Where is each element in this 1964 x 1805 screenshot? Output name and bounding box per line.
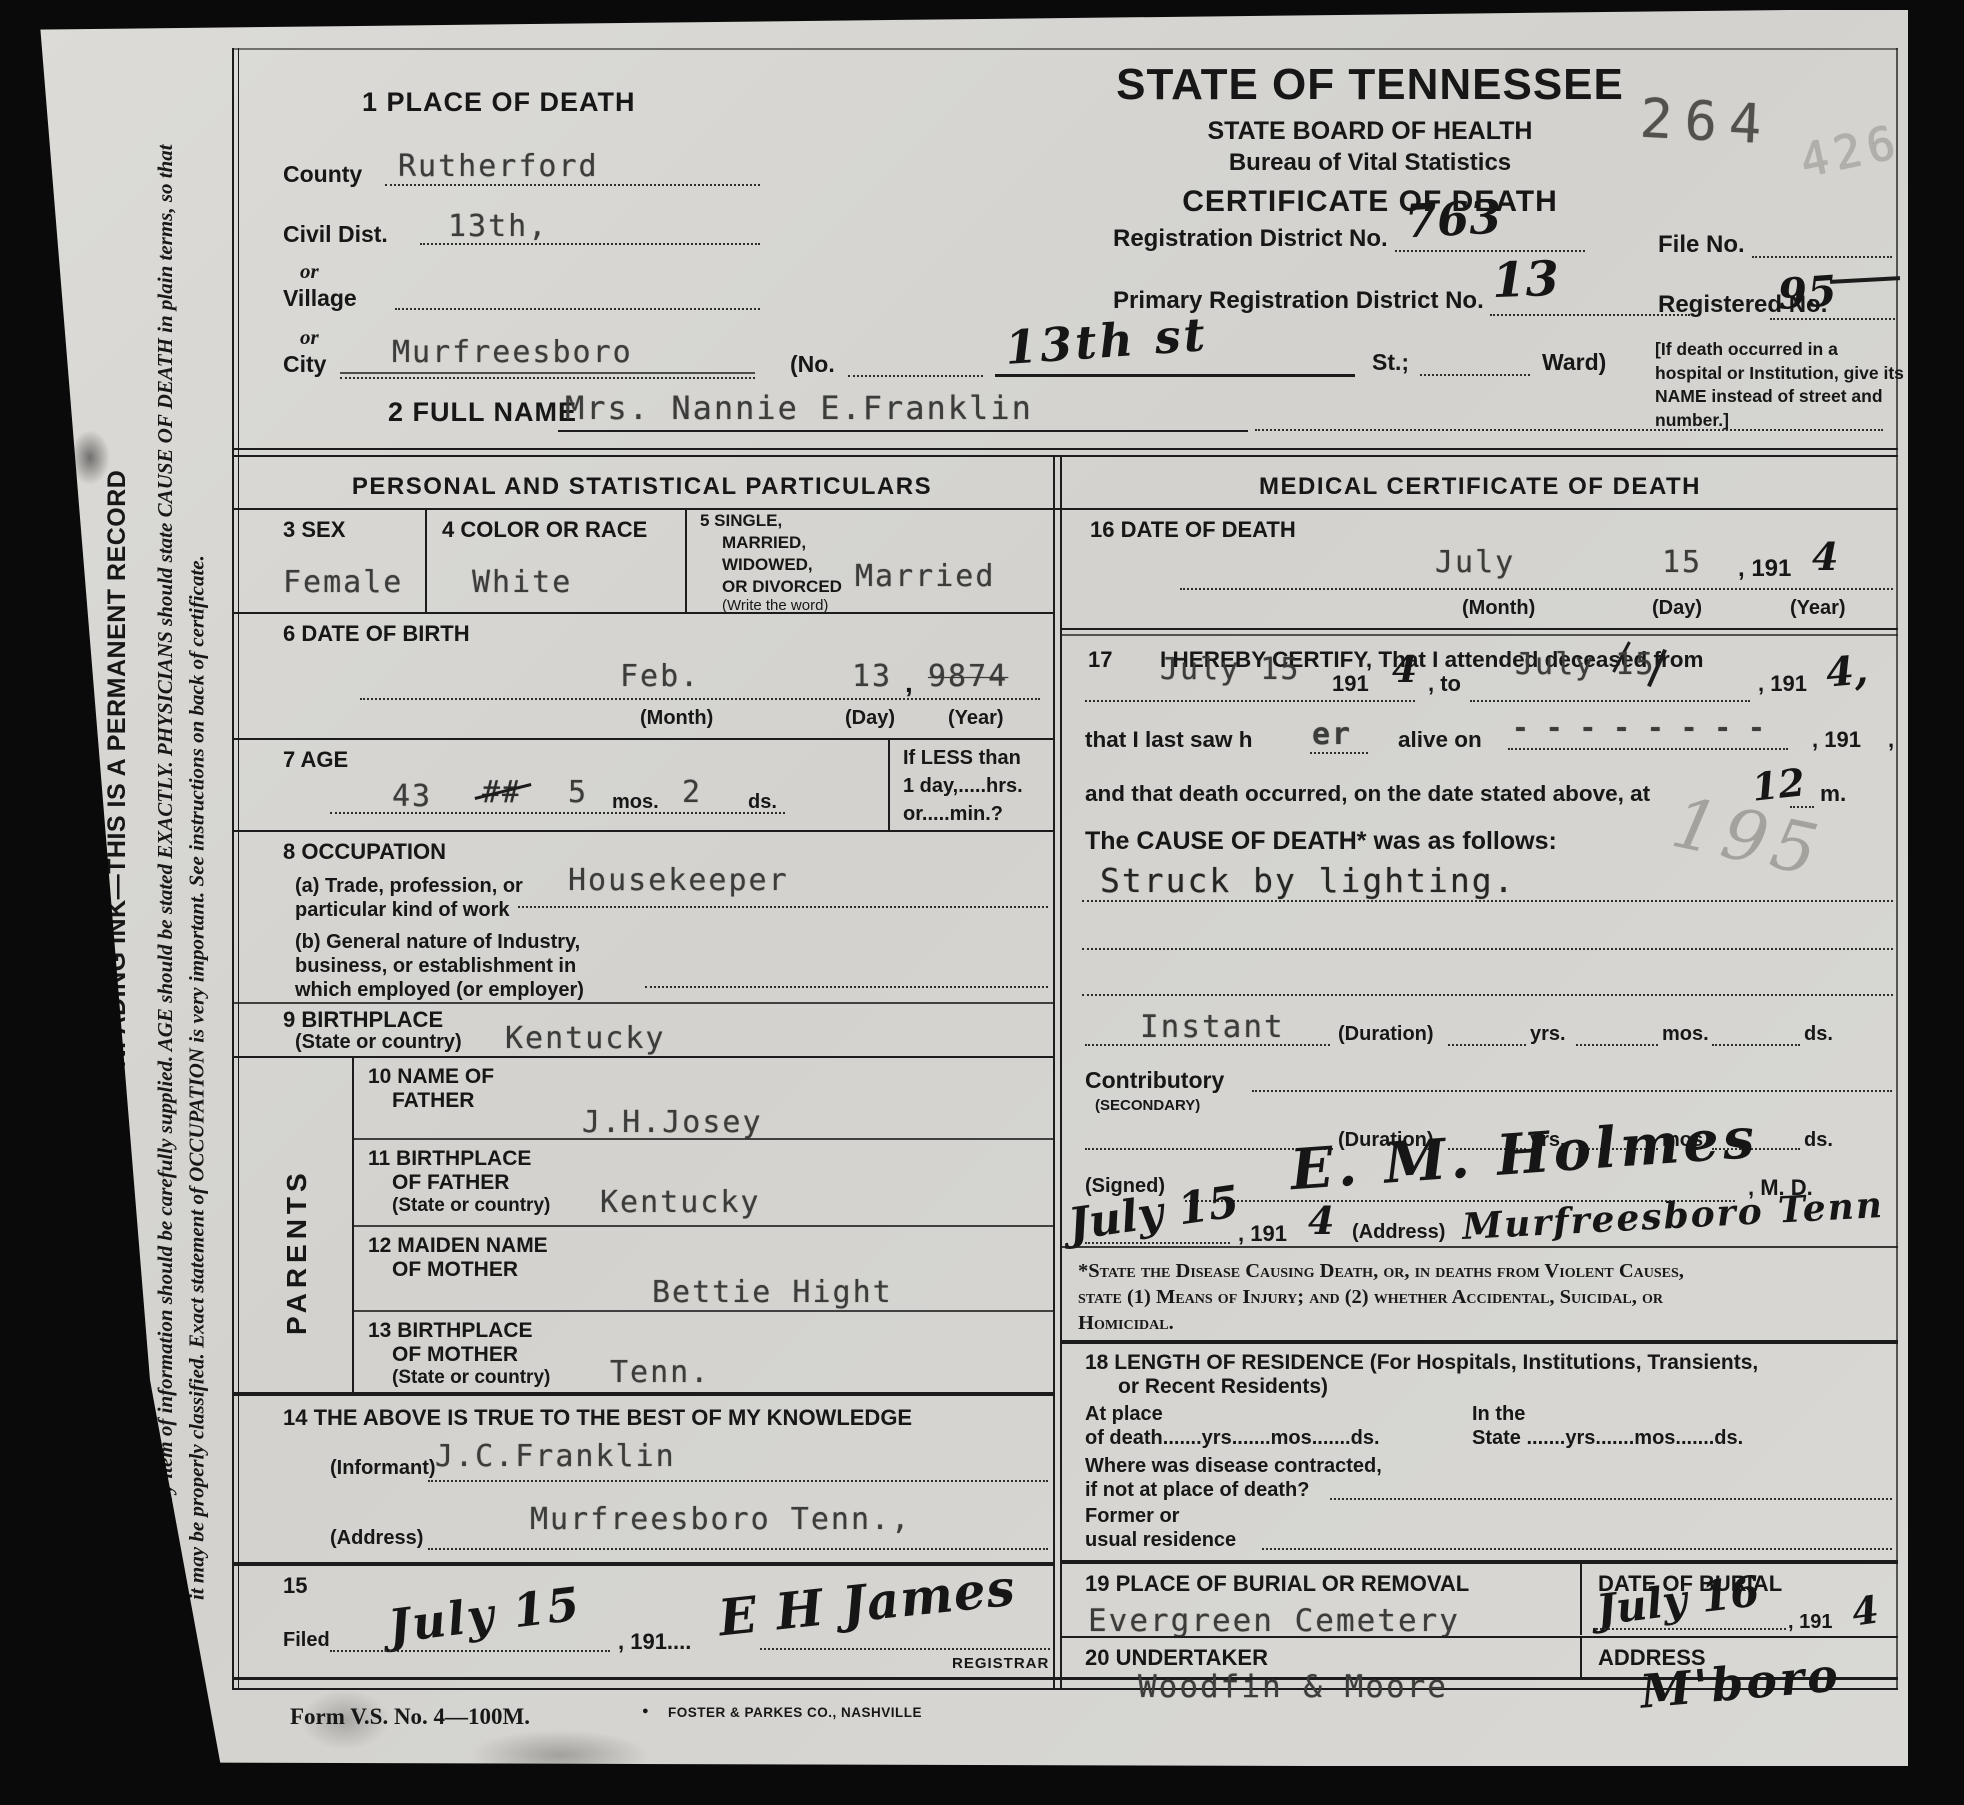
if-less-line-1: If LESS than (903, 748, 1021, 769)
file-no-label: File No. (1658, 232, 1745, 257)
county-line (385, 184, 760, 186)
dod-month-hint: (Month) (1462, 598, 1535, 619)
sex-race-divider (425, 508, 427, 612)
age-line (330, 812, 785, 814)
cause-line-3 (1082, 994, 1893, 996)
dod-line (1180, 588, 1893, 590)
or-label-2: or (300, 324, 319, 351)
duration-line-1 (1085, 1044, 1330, 1046)
occupation-a-value: Housekeeper (568, 866, 789, 896)
contributory-label: Contributory (1085, 1068, 1224, 1092)
printer-credit: FOSTER & PARKES CO., NASHVILLE (668, 1706, 922, 1720)
signed-address-hand: Murfreesboro Tenn (1461, 1187, 1884, 1245)
undertaker-label: 20 UNDERTAKER (1085, 1646, 1268, 1669)
contributory-line (1252, 1090, 1892, 1092)
contracted-label-1: Where was disease contracted, (1085, 1456, 1382, 1477)
burial-row-line (1061, 1636, 1898, 1638)
city-value: Murfreesboro (392, 338, 633, 368)
marital-label-3: WIDOWED, (722, 556, 813, 574)
contracted-label-2: if not at place of death? (1085, 1480, 1309, 1501)
medical-section-title: MEDICAL CERTIFICATE OF DEATH (1080, 474, 1880, 499)
duration-mos: mos. (1662, 1024, 1709, 1045)
ink-smudge-bottom (470, 1730, 650, 1766)
in-state-label-2: State .......yrs.......mos.......ds. (1472, 1428, 1743, 1449)
dod-year-hint: (Year) (1790, 598, 1846, 619)
age-ds-hint: ds. (748, 792, 777, 813)
certificate-title: CERTIFICATE OF DEATH (1080, 186, 1660, 218)
attended-to-year-hand: 4, (1824, 650, 1869, 693)
occupation-a-label-1: (a) Trade, profession, or (295, 876, 523, 897)
undertaker-value: Woodfin & Moore (1138, 1672, 1448, 1703)
registered-no-line (1770, 318, 1895, 320)
father-name-label-1: 10 NAME OF (368, 1066, 494, 1088)
attended-from-line (1085, 700, 1415, 702)
duration-line-3 (1576, 1044, 1658, 1046)
stamp-number-light: 426 (1796, 118, 1904, 184)
dob-day-hint: (Day) (845, 708, 895, 729)
sidebar-nb-note: N. B.—Every item of information should b… (150, 140, 242, 1600)
occupation-a-line (518, 906, 1048, 908)
dob-label: 6 DATE OF BIRTH (283, 622, 470, 645)
age-days-value: 2 (682, 778, 702, 808)
signed-year-printed: , 191 (1238, 1222, 1287, 1245)
saw-her-typed: er (1312, 720, 1352, 750)
former-line (1262, 1548, 1892, 1550)
saw-comma: , (1888, 728, 1894, 751)
parents-label: PARENTS (282, 1085, 311, 1335)
county-label: County (283, 162, 362, 186)
dob-year-value: 9874 (928, 662, 1008, 692)
dob-day-value: 13 (852, 662, 892, 692)
birthplace-bottom (232, 1056, 1053, 1058)
cause-footnote-1: *State the Disease Causing Death, or, in… (1078, 1258, 1684, 1285)
name-divider-2 (232, 455, 1898, 457)
marital-label-4: OR DIVORCED (722, 578, 842, 596)
duration-value: Instant (1140, 1012, 1285, 1043)
saw-text-1: that I last saw h (1085, 728, 1253, 752)
cause-footnote-3: Homicidal. (1078, 1310, 1174, 1337)
registrar-label: REGISTRAR (952, 1656, 1049, 1672)
occupation-label: 8 OCCUPATION (283, 840, 446, 863)
burial-divider (1061, 1560, 1898, 1564)
section-title-underline (232, 508, 1898, 510)
dob-month-hint: (Month) (640, 708, 713, 729)
duration-hint: (Duration) (1338, 1024, 1434, 1045)
in-state-label-1: In the (1472, 1404, 1525, 1425)
city-line-dots (340, 377, 755, 379)
mother-bp-hint: (State or country) (392, 1368, 550, 1388)
mother-bp-value: Tenn. (610, 1358, 710, 1388)
informant-address-label: (Address) (330, 1528, 423, 1549)
occupation-bottom (232, 1002, 1053, 1004)
civil-dist-label: Civil Dist. (283, 222, 388, 246)
occupation-a-label-2: particular kind of work (295, 900, 509, 921)
file-no-line (1752, 256, 1892, 258)
cause-line-2 (1082, 948, 1893, 950)
cause-line-1 (1082, 900, 1893, 902)
cause-footnote-2: state (1) Means of Injury; and (2) wheth… (1078, 1284, 1663, 1311)
informant-line (428, 1480, 1048, 1482)
father-bp-row-line (352, 1225, 1053, 1227)
dod-day-hint: (Day) (1652, 598, 1702, 619)
village-label: Village (283, 286, 357, 310)
registered-no-flourish (1830, 276, 1900, 284)
attended-to-label: , to (1428, 672, 1461, 695)
filed-year-printed: , 191.... (618, 1630, 691, 1653)
truth-label: 14 THE ABOVE IS TRUE TO THE BEST OF MY K… (283, 1406, 912, 1429)
physician-signature: E. M. Holmes (1289, 1110, 1760, 1199)
signed-address-label: (Address) (1352, 1222, 1445, 1243)
full-name-value: Mrs. Nannie E.Franklin (565, 392, 1033, 424)
street-pen-line (995, 374, 1355, 377)
registrar-line (760, 1648, 1050, 1650)
burial-cell-divider (1580, 1560, 1582, 1635)
if-less-line-2: 1 day,.....hrs. (903, 776, 1023, 797)
father-row-line (352, 1138, 1053, 1140)
mother-name-label-1: 12 MAIDEN NAME (368, 1235, 548, 1257)
occurred-m: m. (1820, 782, 1846, 806)
duration-ds: ds. (1804, 1024, 1833, 1045)
duration-line-2 (1448, 1044, 1526, 1046)
mother-bp-label-1: 13 BIRTHPLACE (368, 1320, 533, 1342)
father-bp-value: Kentucky (600, 1188, 761, 1218)
marital-label-1: 5 SINGLE, (700, 512, 782, 530)
signed-address-line (1061, 1246, 1898, 1248)
form-border-right (1896, 48, 1898, 1690)
father-name-value: J.H.Josey (582, 1108, 763, 1138)
dod-month-value: July (1435, 548, 1515, 578)
occupation-b-label-3: which employed (or employer) (295, 980, 584, 1001)
race-label: 4 COLOR OR RACE (442, 518, 647, 541)
dod-day-value: 15 (1662, 548, 1702, 578)
mother-row-line (352, 1310, 1053, 1312)
duration2-ds: ds. (1804, 1130, 1833, 1151)
residence-divider (1061, 1340, 1898, 1344)
filed-label: Filed (283, 1630, 330, 1651)
city-label: City (283, 352, 326, 376)
filed-date-hand: July 15 (386, 1580, 584, 1649)
father-name-label-2: FATHER (392, 1090, 474, 1112)
birthplace-label: 9 BIRTHPLACE (283, 1008, 443, 1031)
state-title: STATE OF TENNESSEE (1080, 62, 1660, 108)
county-value: Rutherford (398, 152, 599, 182)
mother-bp-label-2: OF MOTHER (392, 1344, 518, 1366)
street-no-line (848, 375, 983, 377)
place-of-death-label: 1 PLACE OF DEATH (362, 88, 636, 116)
burial-year-printed: , 191 (1788, 1612, 1832, 1633)
truth-divider (232, 1392, 1053, 1396)
row345-bottom (232, 612, 1053, 614)
former-label-1: Former or (1085, 1506, 1179, 1527)
primary-reg-label: Primary Registration District No. (1113, 288, 1484, 313)
name-divider-1 (232, 448, 1898, 450)
form-border-left (232, 48, 234, 1690)
ward-line (1420, 374, 1530, 376)
race-marital-divider (685, 508, 687, 612)
stamp-number-dark: 264 (1639, 92, 1775, 153)
residence-label-2: or Recent Residents) (1118, 1376, 1328, 1398)
race-value: White (472, 568, 572, 598)
filed-line (330, 1650, 610, 1652)
marital-label-2: MARRIED, (722, 534, 806, 552)
saw-year: , 191 (1812, 728, 1861, 751)
registrar-signature: E H James (716, 1563, 1018, 1644)
primary-reg-value: 13 (1491, 255, 1559, 305)
sex-value: Female (283, 568, 403, 598)
village-line (395, 308, 760, 310)
full-name-line (558, 430, 1248, 432)
registered-no-value: 95 (1777, 270, 1838, 316)
st-label: St.; (1372, 350, 1409, 374)
occupation-b-label-1: (b) General nature of Industry, (295, 932, 580, 953)
occupation-b-label-2: business, or establishment in (295, 956, 576, 977)
burial-value: Evergreen Cemetery (1088, 1606, 1460, 1637)
scanned-death-certificate: { "scan": { "stamp_dark": "264", "stamp_… (0, 0, 1964, 1805)
dod-bottom-1 (1061, 628, 1898, 630)
ward-label: Ward) (1542, 350, 1606, 374)
age-years-value: 43 (392, 782, 432, 812)
scan-border-right (1908, 0, 1964, 1805)
ink-smudge-filed (300, 1690, 390, 1750)
full-name-label: 2 FULL NAME (388, 398, 577, 426)
or-label-1: or (300, 258, 319, 285)
informant-address-value: Murfreesboro Tenn., (530, 1505, 911, 1535)
contracted-line (1330, 1498, 1892, 1500)
age-cell-divider (888, 738, 890, 830)
dod-bottom-2 (1061, 634, 1898, 636)
dob-month-value: Feb. (620, 662, 700, 692)
at-place-label-2: of death.......yrs.......mos.......ds. (1085, 1428, 1380, 1449)
dob-year-hint: (Year) (948, 708, 1004, 729)
signed-date-line (1085, 1242, 1230, 1244)
form-border-left-inner (238, 48, 239, 1690)
occupation-b-line (645, 986, 1048, 988)
hospital-note: [If death occurred in a hospital or Inst… (1655, 338, 1905, 433)
reg-district-label: Registration District No. (1113, 226, 1388, 251)
dod-year-printed: , 191 (1738, 556, 1791, 581)
attended-from-year-hand: 4 (1392, 652, 1417, 688)
dob-comma: , (905, 668, 913, 697)
age-bottom (232, 830, 1053, 832)
sex-label: 3 SEX (283, 518, 345, 541)
informant-value: J.C.Franklin (435, 1442, 676, 1472)
printer-bullet: ● (642, 1706, 649, 1718)
if-less-line-3: or.....min.? (903, 804, 1003, 825)
undertaker-cell-divider (1580, 1636, 1582, 1680)
attended-from-value: July 15 (1160, 655, 1300, 685)
saw-dashes-typed: - - - - - - - - (1512, 714, 1765, 742)
dob-line (360, 698, 1040, 700)
attended-from-year: 191 (1332, 672, 1369, 695)
filed-section-no: 15 (283, 1574, 307, 1597)
burial-label: 19 PLACE OF BURIAL OR REMOVAL (1085, 1572, 1469, 1595)
burial-date-line (1596, 1628, 1786, 1630)
saw-her-line (1310, 752, 1368, 754)
duration-line-4 (1712, 1044, 1800, 1046)
signed-year-hand: 4 (1308, 1202, 1334, 1240)
mother-name-value: Bettie Hight (652, 1278, 893, 1308)
burial-year-hand: 4 (1849, 1590, 1880, 1631)
secondary-hint: (SECONDARY) (1095, 1098, 1200, 1114)
father-bp-label-2: OF FATHER (392, 1172, 509, 1194)
cause-label: The CAUSE OF DEATH* was as follows: (1085, 828, 1557, 854)
form-border-top (232, 48, 1898, 50)
civil-dist-line (420, 243, 760, 245)
board-title: STATE BOARD OF HEALTH (1080, 118, 1660, 144)
father-bp-hint: (State or country) (392, 1196, 550, 1216)
street-no-label: (No. (790, 352, 835, 376)
full-name-line-dots (1255, 429, 1883, 431)
column-divider-2 (1060, 455, 1062, 1690)
column-divider-1 (1053, 455, 1055, 1690)
civil-dist-value: 13th, (448, 212, 548, 242)
certificate-paper: WRITE PLAINLY, WITH UNFADING INK—THIS IS… (28, 10, 1912, 1766)
marital-value: Married (855, 562, 995, 592)
dob-bottom (232, 738, 1053, 740)
dod-year-hand: 4 (1812, 538, 1838, 576)
attended-to-line (1470, 700, 1750, 702)
mother-name-label-2: OF MOTHER (392, 1259, 518, 1281)
certify-no: 17 (1088, 648, 1112, 671)
cause-value: Struck by lighting. (1100, 864, 1516, 897)
birthplace-hint: (State or country) (295, 1032, 462, 1053)
father-bp-label-1: 11 BIRTHPLACE (368, 1148, 531, 1170)
age-months-value: 5 (568, 778, 588, 808)
at-place-label-1: At place (1085, 1404, 1163, 1425)
occurred-text: and that death occurred, on the date sta… (1085, 782, 1650, 806)
former-label-2: usual residence (1085, 1530, 1236, 1551)
attended-to-year: , 191 (1758, 672, 1807, 695)
informant-address-line (428, 1548, 1048, 1550)
personal-section-title: PERSONAL AND STATISTICAL PARTICULARS (252, 474, 1032, 499)
saw-text-2: alive on (1398, 728, 1482, 752)
residence-label-1: 18 LENGTH OF RESIDENCE (For Hospitals, I… (1085, 1352, 1758, 1374)
street-hand-value: 13th st (1004, 311, 1210, 371)
informant-label: (Informant) (330, 1458, 436, 1479)
birthplace-value: Kentucky (505, 1024, 666, 1054)
reg-district-value: 763 (1404, 194, 1502, 245)
parents-divider (352, 1056, 354, 1392)
saw-line (1508, 748, 1788, 750)
age-mos-hint: mos. (612, 792, 659, 813)
attended-to-value: July 15 (1515, 650, 1655, 680)
city-line (340, 372, 755, 374)
dod-label: 16 DATE OF DEATH (1090, 518, 1296, 541)
bureau-title: Bureau of Vital Statistics (1080, 150, 1660, 175)
duration-yrs: yrs. (1530, 1024, 1566, 1045)
age-label: 7 AGE (283, 748, 348, 771)
